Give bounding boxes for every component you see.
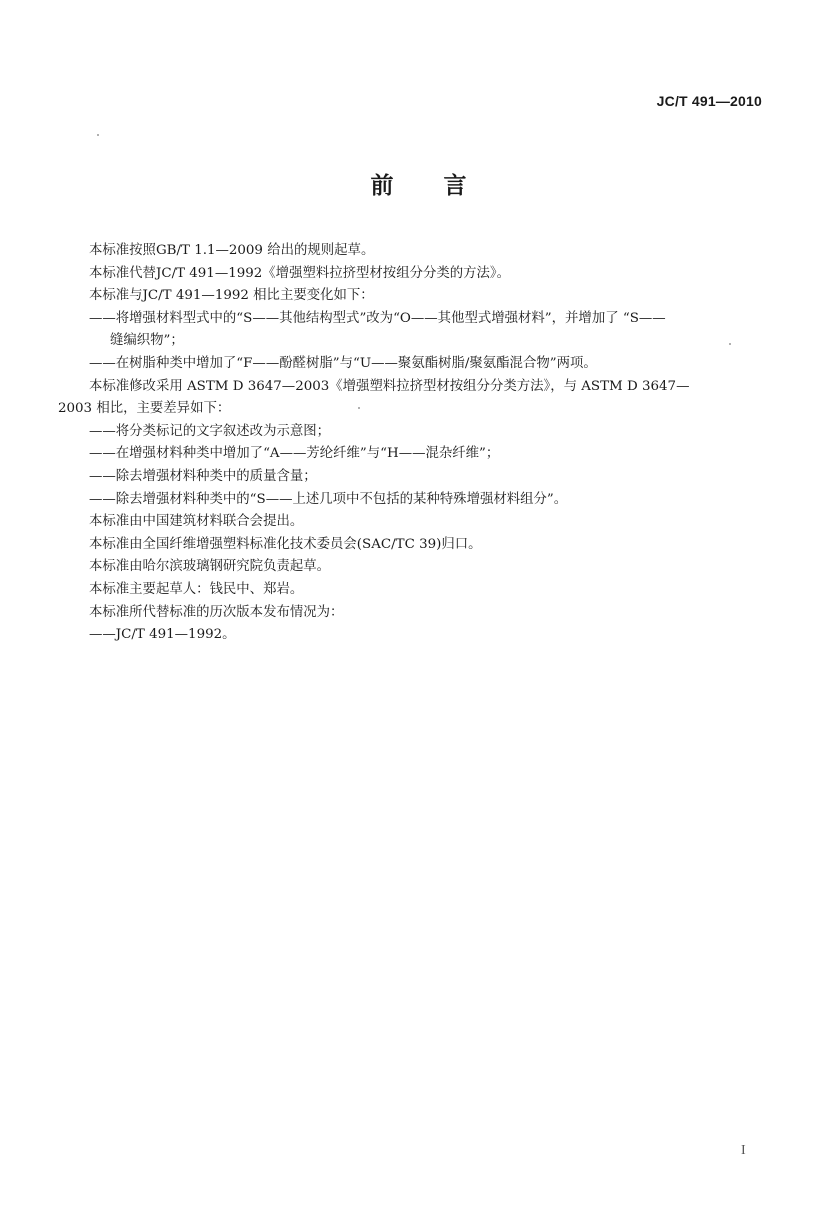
list-item-diff-4: ——除去增强材料种类中的“S——上述几项中不包括的某种特殊增强材料组分”。 xyxy=(58,489,768,512)
list-item-diff-3: ——除去增强材料种类中的质量含量； xyxy=(58,466,768,489)
paragraph-replaces: 本标准代替JC/T 491—1992《增强塑料拉挤型材按组分分类的方法》。 xyxy=(58,263,768,286)
title-char-2: 言 xyxy=(444,167,467,200)
foreword-body: 本标准按照GB/T 1.1—2009 给出的规则起草。 本标准代替JC/T 49… xyxy=(58,240,768,647)
page-title: 前言 xyxy=(0,167,837,200)
scan-speck xyxy=(97,134,99,136)
list-item-change-2: ——在树脂种类中增加了“F——酚醛树脂”与“U——聚氨酯树脂/聚氨酯混合物”两项… xyxy=(58,353,768,376)
paragraph-history-intro: 本标准所代替标准的历次版本发布情况为： xyxy=(58,602,768,625)
scan-speck xyxy=(729,343,731,345)
list-item-change-1: ——将增强材料型式中的“S——其他结构型式”改为“O——其他型式增强材料”，并增… xyxy=(58,308,768,331)
page-number: I xyxy=(741,1143,746,1159)
paragraph-drafting-rules: 本标准按照GB/T 1.1—2009 给出的规则起草。 xyxy=(58,240,768,263)
list-item-diff-1: ——将分类标记的文字叙述改为示意图； xyxy=(58,421,768,444)
paragraph-astm-adoption-cont: 2003 相比，主要差异如下： xyxy=(58,398,768,421)
paragraph-administered-by: 本标准由全国纤维增强塑料标准化技术委员会(SAC/TC 39)归口。 xyxy=(58,534,768,557)
paragraph-astm-adoption: 本标准修改采用 ASTM D 3647—2003《增强塑料拉挤型材按组分分类方法… xyxy=(58,376,768,399)
standard-code: JC/T 491—2010 xyxy=(657,93,762,109)
list-item-history-1: ——JC/T 491—1992。 xyxy=(58,624,768,647)
scan-speck xyxy=(358,407,360,409)
paragraph-drafters: 本标准主要起草人：钱民中、郑岩。 xyxy=(58,579,768,602)
paragraph-changes-intro: 本标准与JC/T 491—1992 相比主要变化如下： xyxy=(58,285,768,308)
paragraph-drafted-by-org: 本标准由哈尔滨玻璃钢研究院负责起草。 xyxy=(58,556,768,579)
list-item-diff-2: ——在增强材料种类中增加了“A——芳纶纤维”与“H——混杂纤维”； xyxy=(58,443,768,466)
paragraph-proposed-by: 本标准由中国建筑材料联合会提出。 xyxy=(58,511,768,534)
list-item-change-1-cont: 缝编织物”； xyxy=(58,330,768,353)
title-char-1: 前 xyxy=(371,167,394,200)
